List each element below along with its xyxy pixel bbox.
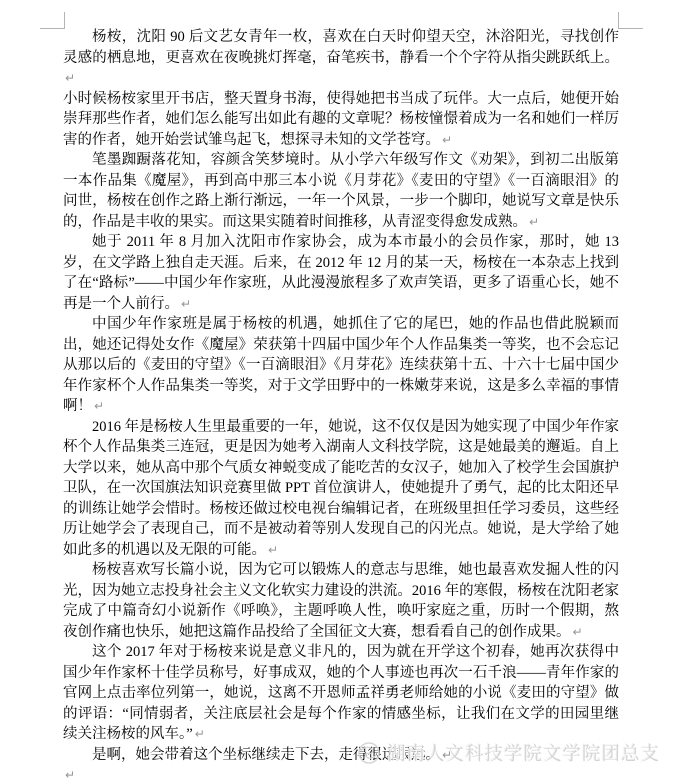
paragraph-mark-icon: ↵ [527, 215, 539, 229]
paragraph: 小时候杨桉家里开书店，整天置身书海，使得她把书当成了玩伴。大一点后，她便开始崇拜… [63, 89, 619, 151]
paragraph: 笔墨踟蹰落花知，容颜含笑梦境时。从小学六年级写作文《劝架》，到初二出版第一本作品… [63, 150, 619, 232]
paragraph-mark-icon: ↵ [440, 133, 452, 147]
paragraph-mark-icon: ↵ [63, 71, 75, 85]
paragraph: 中国少年作家班是属于杨桉的机遇，她抓住了它的尾巴，她的作品也借此脱颖而出，她还记… [63, 314, 619, 417]
official-account-logo-icon [357, 741, 381, 765]
paragraph-mark-icon: ↵ [266, 543, 278, 557]
paragraph-mark-icon: ↵ [571, 625, 583, 639]
paragraph-text: 2016 年是杨桉人生里最重要的一年，她说，这不仅仅是因为她实现了中国少年作家杯… [63, 419, 619, 558]
paragraph-mark-icon: ↵ [63, 768, 75, 780]
paragraph-text: 她于 2011 年 8 月加入沈阳市作家协会，成为本市最小的会员作家，那时，她 … [63, 234, 619, 312]
margin-corner-mark-top-right [618, 12, 643, 29]
margin-corner-mark-top-left [40, 12, 65, 29]
paragraph-text: 小时候杨桉家里开书店，整天置身书海，使得她把书当成了玩伴。大一点后，她便开始崇拜… [63, 91, 619, 148]
paragraph: 杨桉喜欢写长篇小说，因为它可以锻炼人的意志与思维，她也最喜欢发掘人性的闪光，因为… [63, 560, 619, 642]
watermark: 湖南人文科技学院文学院团总支 [357, 740, 660, 766]
watermark-text: 湖南人文科技学院文学院团总支 [387, 740, 660, 766]
paragraph-text: 杨桉喜欢写长篇小说，因为它可以锻炼人的意志与思维，她也最喜欢发掘人性的闪光，因为… [63, 562, 619, 640]
paragraph-text: 这个 2017 年对于杨桉来说是意义非凡的，因为就在开学这个初春，她再次获得中国… [63, 644, 619, 742]
document-body: 杨桉，沈阳 90 后文艺女青年一枚，喜欢在白天时仰望天空，沐浴阳光，寻找创作灵感… [63, 27, 619, 780]
paragraph: 杨桉，沈阳 90 后文艺女青年一枚，喜欢在白天时仰望天空，沐浴阳光，寻找创作灵感… [63, 27, 619, 89]
paragraph: ↵ [63, 765, 619, 780]
paragraph: 她于 2011 年 8 月加入沈阳市作家协会，成为本市最小的会员作家，那时，她 … [63, 232, 619, 314]
paragraph-mark-icon: ↵ [193, 727, 205, 741]
paragraph: 这个 2017 年对于杨桉来说是意义非凡的，因为就在开学这个初春，她再次获得中国… [63, 642, 619, 745]
document-page: 杨桉，沈阳 90 后文艺女青年一枚，喜欢在白天时仰望天空，沐浴阳光，寻找创作灵感… [0, 0, 686, 780]
paragraph: 2016 年是杨桉人生里最重要的一年，她说，这不仅仅是因为她实现了中国少年作家杯… [63, 417, 619, 561]
paragraph-text: 杨桉，沈阳 90 后文艺女青年一枚，喜欢在白天时仰望天空，沐浴阳光，寻找创作灵感… [63, 29, 619, 66]
paragraph-mark-icon: ↵ [92, 399, 104, 413]
paragraph-mark-icon: ↵ [179, 297, 191, 311]
paragraph-text: 中国少年作家班是属于杨桉的机遇，她抓住了它的尾巴，她的作品也借此脱颖而出，她还记… [63, 316, 619, 414]
